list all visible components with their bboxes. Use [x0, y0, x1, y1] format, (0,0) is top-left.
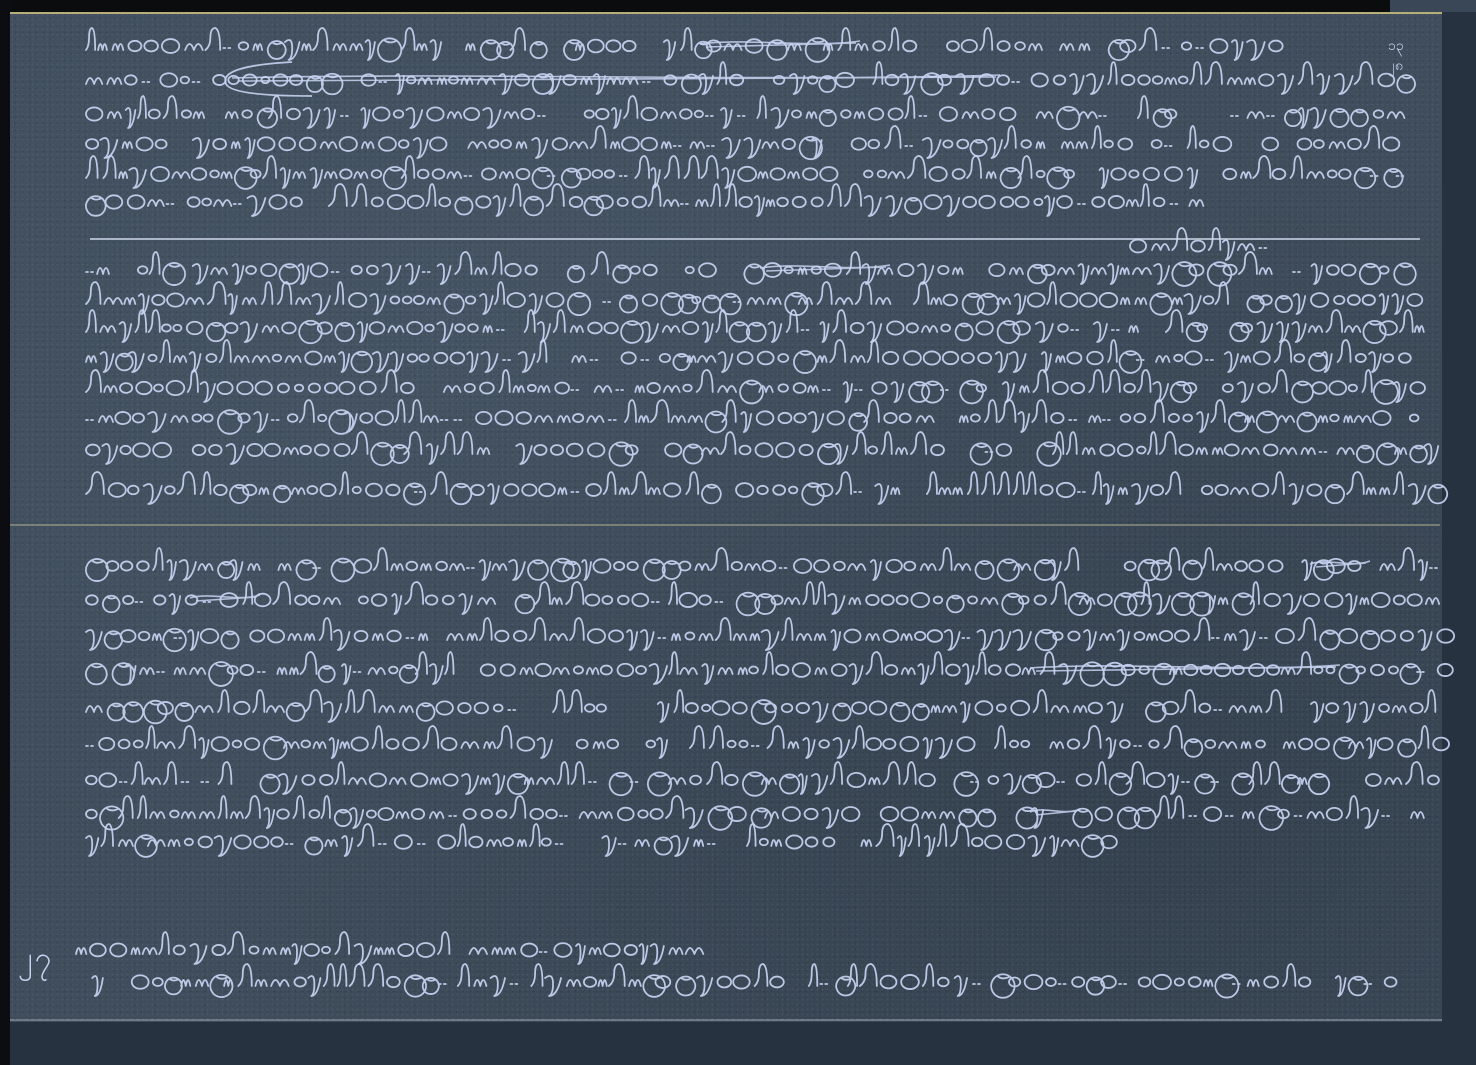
script-line [0, 578, 1476, 608]
script-line [0, 614, 1476, 644]
script-line [0, 152, 1476, 182]
script-line [0, 122, 1476, 152]
script-line [0, 820, 1476, 850]
script-line [0, 792, 1476, 822]
script-line [0, 180, 1476, 210]
corner-annotation-line-1: ၁၃ [1388, 36, 1404, 56]
script-line [0, 306, 1476, 336]
script-line [0, 468, 1476, 498]
top-dark-band [0, 0, 1476, 12]
page-bottom-edge [10, 1019, 1442, 1021]
page-fold-line [10, 524, 1440, 526]
script-line [0, 648, 1476, 678]
corner-annotation: ၁၃ ၂၈ [1388, 36, 1404, 76]
script-line [0, 686, 1476, 716]
script-line [0, 928, 1476, 958]
script-line [0, 366, 1476, 396]
script-line [0, 722, 1476, 752]
script-line [0, 58, 1476, 88]
script-line [0, 24, 1476, 54]
margin-page-number: ၂၇ [18, 938, 54, 983]
script-line [0, 428, 1476, 458]
section-divider-rule [90, 238, 1420, 240]
script-line [0, 92, 1476, 122]
script-line [0, 396, 1476, 426]
script-line [0, 336, 1476, 366]
top-right-band [1390, 0, 1476, 12]
corner-annotation-line-2: ၂၈ [1388, 56, 1404, 76]
strikethrough-mark [190, 595, 260, 601]
script-line [0, 278, 1476, 308]
script-line [0, 758, 1476, 788]
script-line [0, 544, 1476, 574]
script-line [0, 960, 1476, 990]
